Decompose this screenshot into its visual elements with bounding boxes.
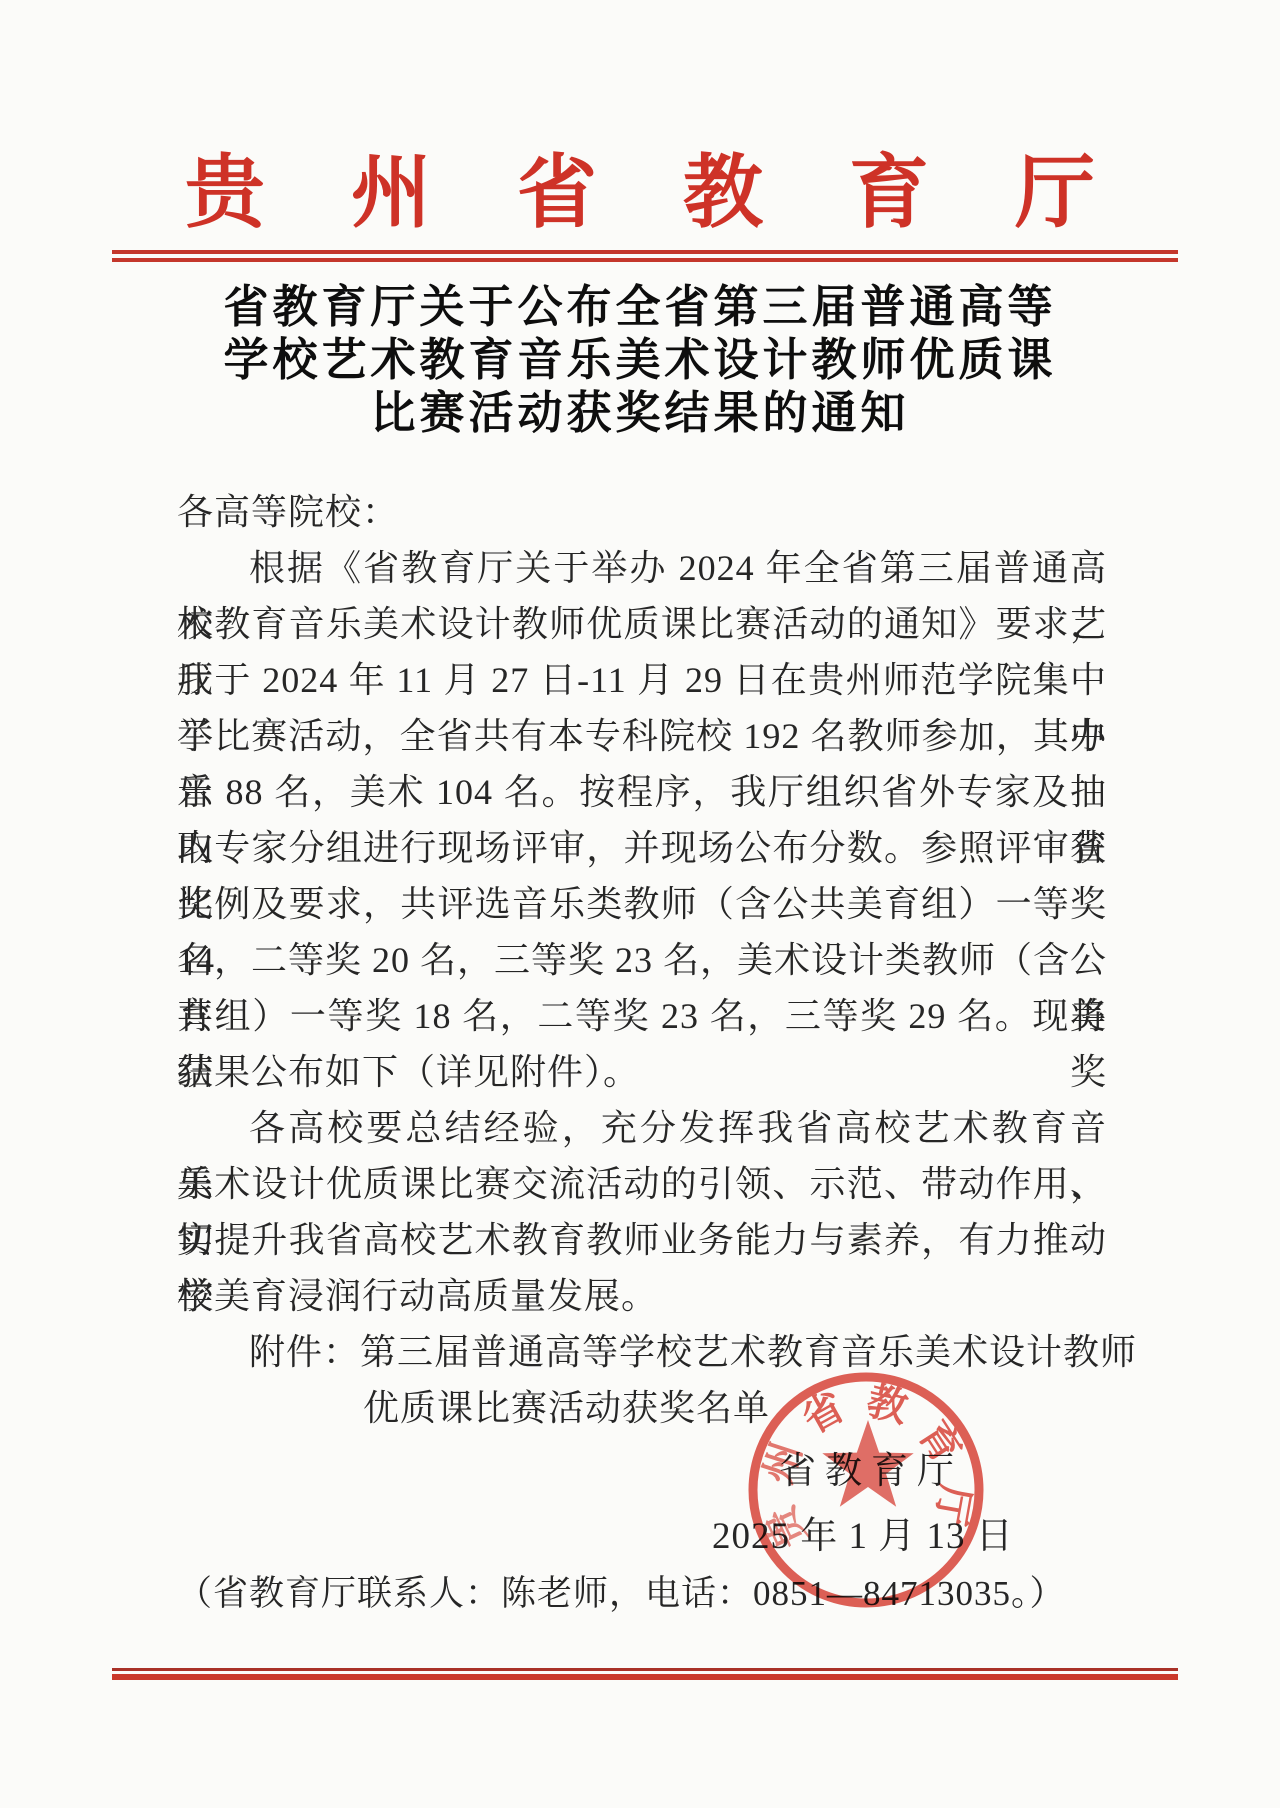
- agency-letterhead: 贵州省教育厅: [0, 128, 1280, 243]
- body-line: 实提升我省高校艺术教育教师业务能力与素养，有力推动学: [177, 1212, 1107, 1268]
- body-line: 各高校要总结经验，充分发挥我省高校艺术教育音乐、: [177, 1100, 1107, 1156]
- official-seal: 贵 州 省 教 育 厅: [726, 1345, 1006, 1645]
- seal-char: 教: [862, 1378, 913, 1432]
- footer-double-rule: [112, 1668, 1178, 1680]
- body-line: 乐 88 名，美术 104 名。按程序，我厅组织省外专家及抽取省: [177, 764, 1107, 820]
- rule-line-lower: [112, 1674, 1178, 1680]
- title-line-1: 省教育厅关于公布全省第三届普通高等: [0, 281, 1280, 334]
- body-line: 了比赛活动，全省共有本专科院校 192 名教师参加，其中音: [177, 708, 1107, 764]
- body-line: 育组）一等奖 18 名，二等奖 23 名，三等奖 29 名。现将获奖: [177, 988, 1107, 1044]
- scanned-official-notice: 贵州省教育厅 省教育厅关于公布全省第三届普通高等 学校艺术教育音乐美术设计教师优…: [0, 0, 1280, 1808]
- seal-star-icon: [822, 1420, 913, 1507]
- notice-body: 各高等院校： 根据《省教育厅关于举办 2024 年全省第三届普通高校艺 术教育音…: [177, 484, 1107, 1436]
- document-title: 省教育厅关于公布全省第三届普通高等 学校艺术教育音乐美术设计教师优质课 比赛活动…: [0, 281, 1280, 440]
- title-line-3: 比赛活动获奖结果的通知: [0, 387, 1280, 440]
- body-line: 名，二等奖 20 名，三等奖 23 名，美术设计类教师（含公共美: [177, 932, 1107, 988]
- rule-line-lower: [112, 258, 1178, 262]
- body-line: 厅于 2024 年 11 月 27 日-11 月 29 日在贵州师范学院集中举办: [177, 652, 1107, 708]
- title-line-2: 学校艺术教育音乐美术设计教师优质课: [0, 334, 1280, 387]
- body-line: 术教育音乐美术设计教师优质课比赛活动的通知》要求，我: [177, 596, 1107, 652]
- body-line: 美术设计优质课比赛交流活动的引领、示范、带动作用，切: [177, 1156, 1107, 1212]
- body-line: 校美育浸润行动高质量发展。: [177, 1268, 1107, 1324]
- salutation: 各高等院校：: [177, 484, 1107, 540]
- body-line: 根据《省教育厅关于举办 2024 年全省第三届普通高校艺: [177, 540, 1107, 596]
- body-line: 比例及要求，共评选音乐类教师（含公共美育组）一等奖 14: [177, 876, 1107, 932]
- letterhead-double-rule: [112, 250, 1178, 262]
- body-line: 内专家分组进行现场评审，并现场公布分数。参照评审获奖: [177, 820, 1107, 876]
- seal-char: 厅: [927, 1482, 978, 1529]
